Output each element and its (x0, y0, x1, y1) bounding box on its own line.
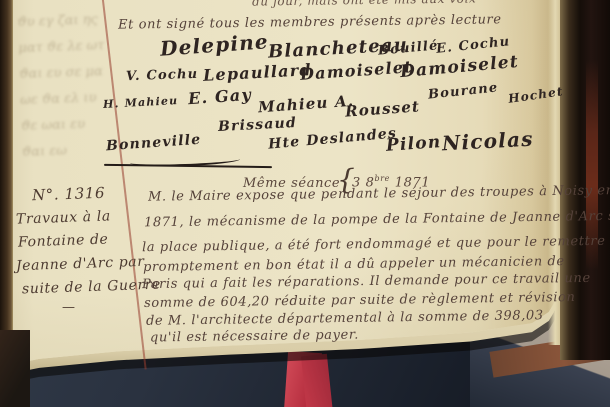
body-line: de M. l'architecte départemental à la so… (146, 308, 544, 329)
signature: Damoiselet (299, 57, 413, 84)
margin-note-line: Jeanne d'Arc par (16, 254, 145, 274)
body-line: 1871, le mécanisme de la pompe de la Fon… (144, 209, 610, 231)
margin-record-number: N°. 1316 (32, 184, 106, 205)
signature: Bonneville (106, 132, 202, 155)
handwriting-layer: du jour, mais ont été mis aux voix Et on… (0, 0, 610, 407)
signature: Pilon (385, 132, 442, 156)
signature: V. Cochu (126, 67, 199, 85)
signature: Hochet (507, 84, 564, 106)
signature: Brissaud (218, 115, 298, 135)
signature: Lepaullard (203, 60, 313, 85)
partial-top-line: du jour, mais ont été mis aux voix (252, 0, 477, 9)
body-line: la place publique, a été fort endommagé … (142, 234, 606, 255)
signature: Damoiselet (399, 52, 519, 82)
signature: Nicolas (441, 127, 534, 156)
signature: E. Gay (187, 85, 252, 108)
body-line: M. le Maire expose que pendant le séjour… (148, 182, 610, 204)
rule-under-signatures (104, 164, 272, 168)
session-date-sup: bre (374, 174, 389, 183)
margin-note-line: Fontaine de (18, 231, 109, 250)
margin-note-line: suite de la Guerre (22, 277, 161, 298)
body-line: qu'il est nécessaire de payer. (150, 328, 359, 346)
signature: Bourane (427, 80, 499, 102)
margin-note-dash: — (62, 300, 75, 315)
signature: Rousset (344, 97, 420, 120)
body-line: Paris qui a fait les réparations. Il dem… (142, 271, 591, 292)
photo-of-register-page: ϑυ εγ ζαι ηςματ ϑε λε ωτϑαι ευ σε μαωε ϑ… (0, 0, 610, 407)
signed-statement-line: Et ont signé tous les membres présents a… (118, 12, 502, 32)
signature: Delepine (159, 29, 269, 61)
signature: H. Mahieu (103, 94, 179, 111)
margin-note-line: Travaux à la (16, 208, 111, 227)
signature: Mahieu A. (257, 92, 354, 117)
